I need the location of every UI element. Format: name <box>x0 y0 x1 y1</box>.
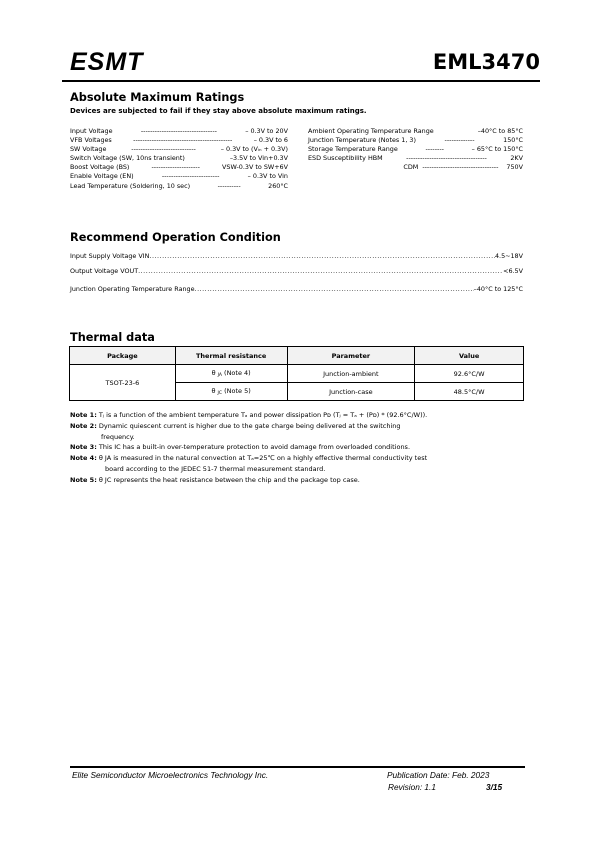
rating-value: 2KV <box>510 154 523 163</box>
footer-revision: Revision: 1.1 <box>388 782 436 792</box>
notes-list: Note 1: Tⱼ is a function of the ambient … <box>70 410 530 486</box>
leader-dots <box>195 285 474 293</box>
footer-rule <box>70 766 525 768</box>
leader-dashes: ---------- <box>218 182 241 191</box>
rating-value: –3.5V to Vin+0.3V <box>230 154 288 163</box>
rating-row: Ambient Operating Temperature Range–40°C… <box>308 127 523 136</box>
rating-label: VFB Voltages <box>70 136 112 145</box>
recommend-row: Junction Operating Temperature Range–40°… <box>70 285 523 293</box>
condition-label: Input Supply Voltage VIN <box>70 252 149 260</box>
rating-row: Storage Temperature Range--------– 65°C … <box>308 145 523 154</box>
abs-max-right-list: Ambient Operating Temperature Range–40°C… <box>308 127 523 172</box>
rating-label: SW Voltage <box>70 145 106 154</box>
table-header-row: Package Thermal resistance Parameter Val… <box>70 347 524 365</box>
note-label: Note 5: <box>70 476 97 484</box>
note-4-cont: board according to the JEDEC 51-7 therma… <box>70 464 530 475</box>
rating-value: – 0.3V to 6 <box>254 136 288 145</box>
package-cell: TSOT-23-6 <box>70 365 176 401</box>
parameter-cell: Junction-case <box>287 383 415 401</box>
rating-row: Lead Temperature (Soldering, 10 sec)----… <box>70 182 288 191</box>
note-text: Tⱼ is a function of the ambient temperat… <box>99 411 427 419</box>
rating-row: CDM---------------------------------750V <box>308 163 523 172</box>
rating-row: SW Voltage----------------------------– … <box>70 145 288 154</box>
condition-value: –40°C to 125°C <box>474 285 523 293</box>
rating-value: – 0.3V to Vin <box>248 172 288 181</box>
note-ref: (Note 5) <box>224 387 251 395</box>
rating-label: Ambient Operating Temperature Range <box>308 127 434 136</box>
recommend-row: Input Supply Voltage VIN4.5~18V <box>70 252 523 260</box>
note-label: Note 4: <box>70 454 97 462</box>
rating-row: VFB Voltages----------------------------… <box>70 136 288 145</box>
header-parameter: Parameter <box>287 347 415 365</box>
resistance-cell: θ JC (Note 5) <box>175 383 287 401</box>
rating-row: Switch Voltage (SW, 10ns transient)–3.5V… <box>70 154 288 163</box>
header-package: Package <box>70 347 176 365</box>
rating-row: ESD Susceptibility HBM------------------… <box>308 154 523 163</box>
condition-value: 4.5~18V <box>495 252 523 260</box>
abs-max-title: Absolute Maximum Ratings <box>70 91 244 104</box>
rating-label: Lead Temperature (Soldering, 10 sec) <box>70 182 190 191</box>
note-ref: (Note 4) <box>224 369 251 377</box>
rating-label: Enable Voltage (EN) <box>70 172 134 181</box>
leader-dashes: --------------------------------- <box>141 127 217 136</box>
rating-label: Input Voltage <box>70 127 113 136</box>
leader-dashes: ------------- <box>445 136 475 145</box>
rating-label: Junction Temperature (Notes 1, 3) <box>308 136 416 145</box>
abs-max-subtitle: Devices are subjected to fail if they st… <box>70 107 367 115</box>
note-text: This IC has a built-in over-temperature … <box>99 443 410 451</box>
leader-dots <box>138 267 503 275</box>
theta-symbol: θ <box>211 387 215 395</box>
note-4: Note 4: θ JA is measured in the natural … <box>70 453 530 464</box>
part-number: EML3470 <box>433 50 540 74</box>
abs-max-left-list: Input Voltage---------------------------… <box>70 127 288 191</box>
note-2: Note 2: Dynamic quiescent current is hig… <box>70 421 530 432</box>
parameter-cell: Junction-ambient <box>287 365 415 383</box>
recommend-title: Recommend Operation Condition <box>70 231 281 244</box>
subscript: JA <box>218 373 222 378</box>
footer-page-number: 3/15 <box>486 782 502 792</box>
footer-publication-date: Publication Date: Feb. 2023 <box>387 770 489 780</box>
note-label: Note 3: <box>70 443 97 451</box>
thermal-title: Thermal data <box>70 331 155 344</box>
condition-label: Output Voltage VOUT <box>70 267 138 275</box>
header-rule <box>62 80 540 82</box>
rating-value: – 65°C to 150°C <box>472 145 523 154</box>
value-cell: 48.5°C/W <box>415 383 524 401</box>
rating-label: ESD Susceptibility HBM <box>308 154 383 163</box>
rating-value: – 0.3V to 20V <box>245 127 288 136</box>
rating-value: 260°C <box>268 182 288 191</box>
rating-row: Enable Voltage (EN)---------------------… <box>70 172 288 181</box>
thermal-table: Package Thermal resistance Parameter Val… <box>69 346 524 401</box>
rating-label: CDM <box>403 163 418 172</box>
rating-value: – 0.3V to (Vᵢₙ + 0.3V) <box>221 145 288 154</box>
note-2-cont: frequency. <box>70 432 530 443</box>
note-3: Note 3: This IC has a built-in over-temp… <box>70 442 530 453</box>
rating-value: VSW-0.3V to SW+6V <box>222 163 288 172</box>
note-text: θ JC represents the heat resistance betw… <box>99 476 360 484</box>
header-thermal-resistance: Thermal resistance <box>175 347 287 365</box>
rating-label: Boost Voltage (BS) <box>70 163 129 172</box>
condition-label: Junction Operating Temperature Range <box>70 285 195 293</box>
rating-label: Switch Voltage (SW, 10ns transient) <box>70 154 185 163</box>
leader-dashes: ---------------------------- <box>131 145 196 154</box>
resistance-cell: θ JA (Note 4) <box>175 365 287 383</box>
table-row: TSOT-23-6 θ JA (Note 4) Junction-ambient… <box>70 365 524 383</box>
rating-row: Input Voltage---------------------------… <box>70 127 288 136</box>
rating-row: Junction Temperature (Notes 1, 3)-------… <box>308 136 523 145</box>
note-label: Note 1: <box>70 411 97 419</box>
company-logo: ESMT <box>70 48 143 77</box>
note-label: Note 2: <box>70 422 97 430</box>
rating-label: Storage Temperature Range <box>308 145 398 154</box>
note-5: Note 5: θ JC represents the heat resista… <box>70 475 530 486</box>
leader-dashes: ----------------------------------- <box>406 154 487 163</box>
leader-dashes: -------- <box>426 145 444 154</box>
rating-value: 150°C <box>503 136 523 145</box>
note-1: Note 1: Tⱼ is a function of the ambient … <box>70 410 530 421</box>
theta-symbol: θ <box>212 369 216 377</box>
subscript: JC <box>218 391 222 396</box>
header-value: Value <box>415 347 524 365</box>
note-text: Dynamic quiescent current is higher due … <box>99 422 401 430</box>
note-text: θ JA is measured in the natural convecti… <box>99 454 427 462</box>
condition-value: <6.5V <box>503 267 523 275</box>
recommend-row: Output Voltage VOUT<6.5V <box>70 267 523 275</box>
leader-dashes: --------------------- <box>151 163 199 172</box>
rating-row: Boost Voltage (BS)---------------------V… <box>70 163 288 172</box>
leader-dashes: --------------------------------- <box>422 163 498 172</box>
rating-value: 750V <box>506 163 523 172</box>
footer-company: Elite Semiconductor Microelectronics Tec… <box>72 770 268 780</box>
value-cell: 92.6°C/W <box>415 365 524 383</box>
rating-value: –40°C to 85°C <box>478 127 523 136</box>
leader-dashes: ----------------------------------------… <box>133 136 232 145</box>
leader-dots <box>149 252 495 260</box>
leader-dashes: ------------------------- <box>162 172 220 181</box>
